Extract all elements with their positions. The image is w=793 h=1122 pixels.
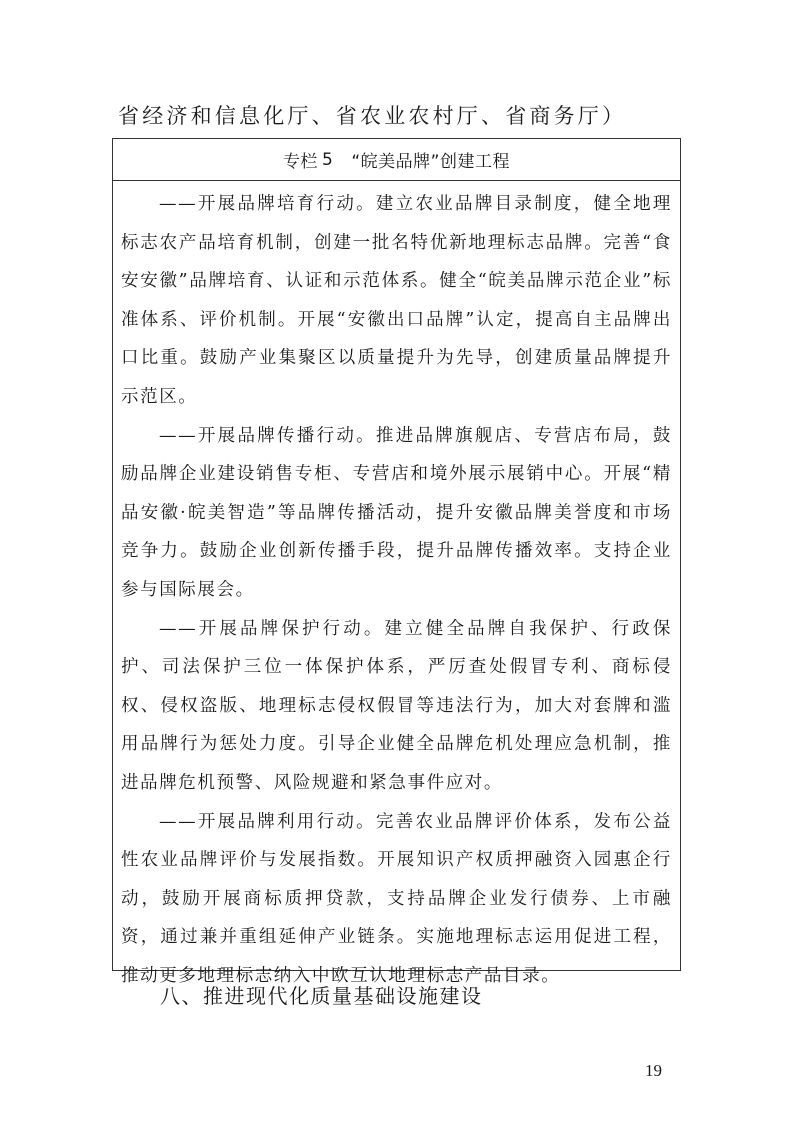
column-title-prefix: 专栏 bbox=[283, 147, 318, 172]
paragraph-brand-utilization: ——开展品牌利用行动。完善农业品牌评价体系，发布公益性农业品牌评价与发展指数。开… bbox=[121, 803, 672, 996]
paragraph-brand-promotion: ——开展品牌传播行动。推进品牌旗舰店、专营店布局，鼓励品牌企业建设销售专柜、专营… bbox=[121, 417, 672, 610]
column-title-number: 5 bbox=[322, 150, 333, 170]
column-box: 专栏 5 “皖美品牌”创建工程 ——开展品牌培育行动。建立农业品牌目录制度，健全… bbox=[112, 138, 681, 971]
page-number: 19 bbox=[645, 1061, 662, 1081]
column-title-text: “皖美品牌”创建工程 bbox=[351, 147, 510, 172]
column-box-body: ——开展品牌培育行动。建立农业品牌目录制度，健全地理标志农产品培育机制，创建一批… bbox=[113, 181, 680, 995]
section-heading: 八、推进现代化质量基础设施建设 bbox=[160, 980, 483, 1009]
column-box-title: 专栏 5 “皖美品牌”创建工程 bbox=[113, 139, 680, 181]
paragraph-brand-protection: ——开展品牌保护行动。建立健全品牌自我保护、行政保护、司法保护三位一体保护体系，… bbox=[121, 610, 672, 803]
paragraph-brand-cultivation: ——开展品牌培育行动。建立农业品牌目录制度，健全地理标志农产品培育机制，创建一批… bbox=[121, 185, 672, 417]
continuation-line: 省经济和信息化厅、省农业农村厅、省商务厅） bbox=[118, 101, 626, 131]
